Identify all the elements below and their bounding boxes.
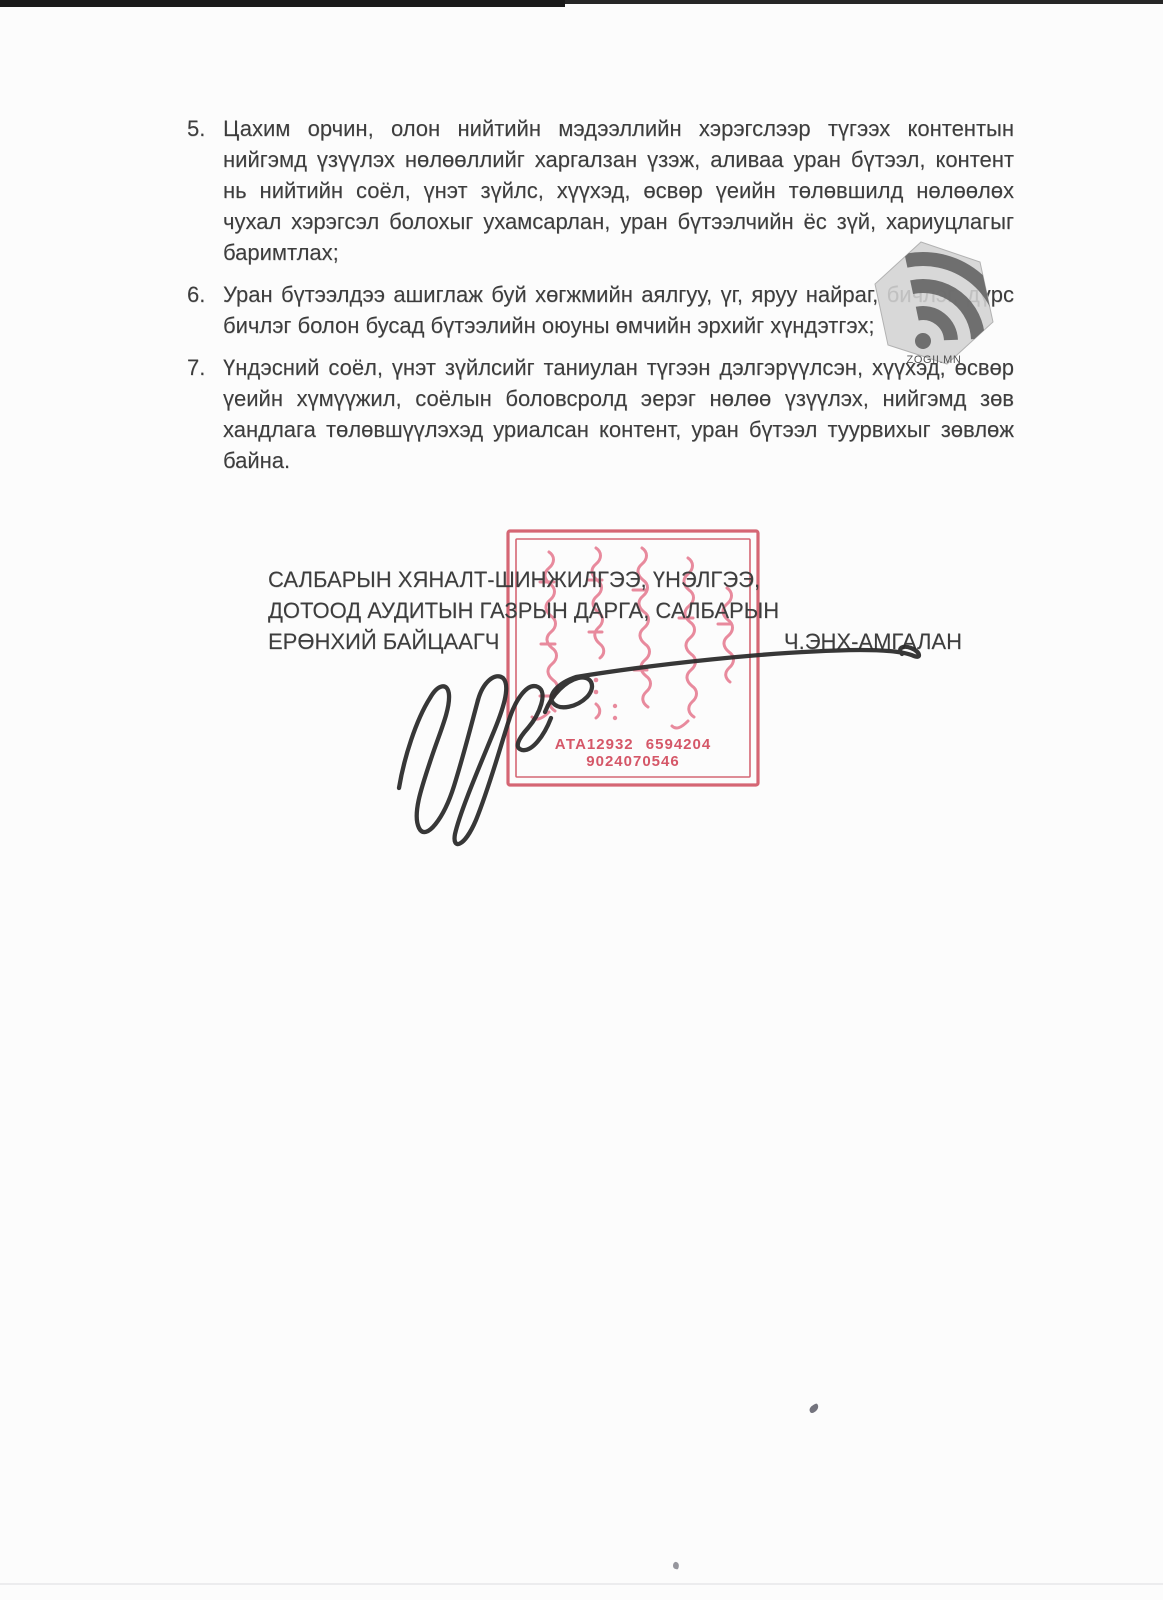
text-line: нийгэмд үзүүлэх нөлөөллийг харгалзан үзэ… (223, 144, 1014, 175)
list-item-7-number: 7. (187, 352, 205, 383)
list-item-5-number: 5. (187, 113, 205, 144)
text-line: Цахим орчин, олон нийтийн мэдээллийн хэр… (223, 113, 1014, 144)
scan-artifact-top-edge-thick (0, 0, 565, 7)
list-item-6-number: 6. (187, 279, 205, 310)
ink-speck (808, 1403, 820, 1414)
scanned-document-page: 5. Цахим орчин, олон нийтийн мэдээллийн … (0, 0, 1163, 1600)
text-line: хандлага төлөвшүүлэхэд уриалсан контент,… (223, 414, 1014, 445)
text-line: үеийн хүмүүжил, соёлын боловсролд эерэг … (223, 383, 1014, 414)
scan-artifact-bottom-line (0, 1583, 1163, 1585)
text-line: нь нийтийн соёл, үнэт зүйлс, хүүхэд, өсв… (223, 175, 1014, 206)
text-line: чухал хэрэгсэл болохыг ухамсарлан, уран … (223, 206, 1014, 237)
text-line: байна. (223, 445, 1014, 476)
signature-block-line-1: САЛБАРЫН ХЯНАЛТ-ШИНЖИЛГЭЭ, ҮНЭЛГЭЭ, (268, 564, 962, 595)
handwritten-signature (390, 620, 935, 855)
list-item-7-text: Үндэсний соёл, үнэт зүйлсийг таниулан тү… (223, 352, 1014, 476)
zogii-watermark: ZOGII.MN (868, 236, 1000, 370)
ink-speck (672, 1561, 680, 1569)
list-item-7: 7. Үндэсний соёл, үнэт зүйлсийг таниулан… (187, 352, 1014, 476)
watermark-label: ZOGII.MN (907, 354, 962, 366)
